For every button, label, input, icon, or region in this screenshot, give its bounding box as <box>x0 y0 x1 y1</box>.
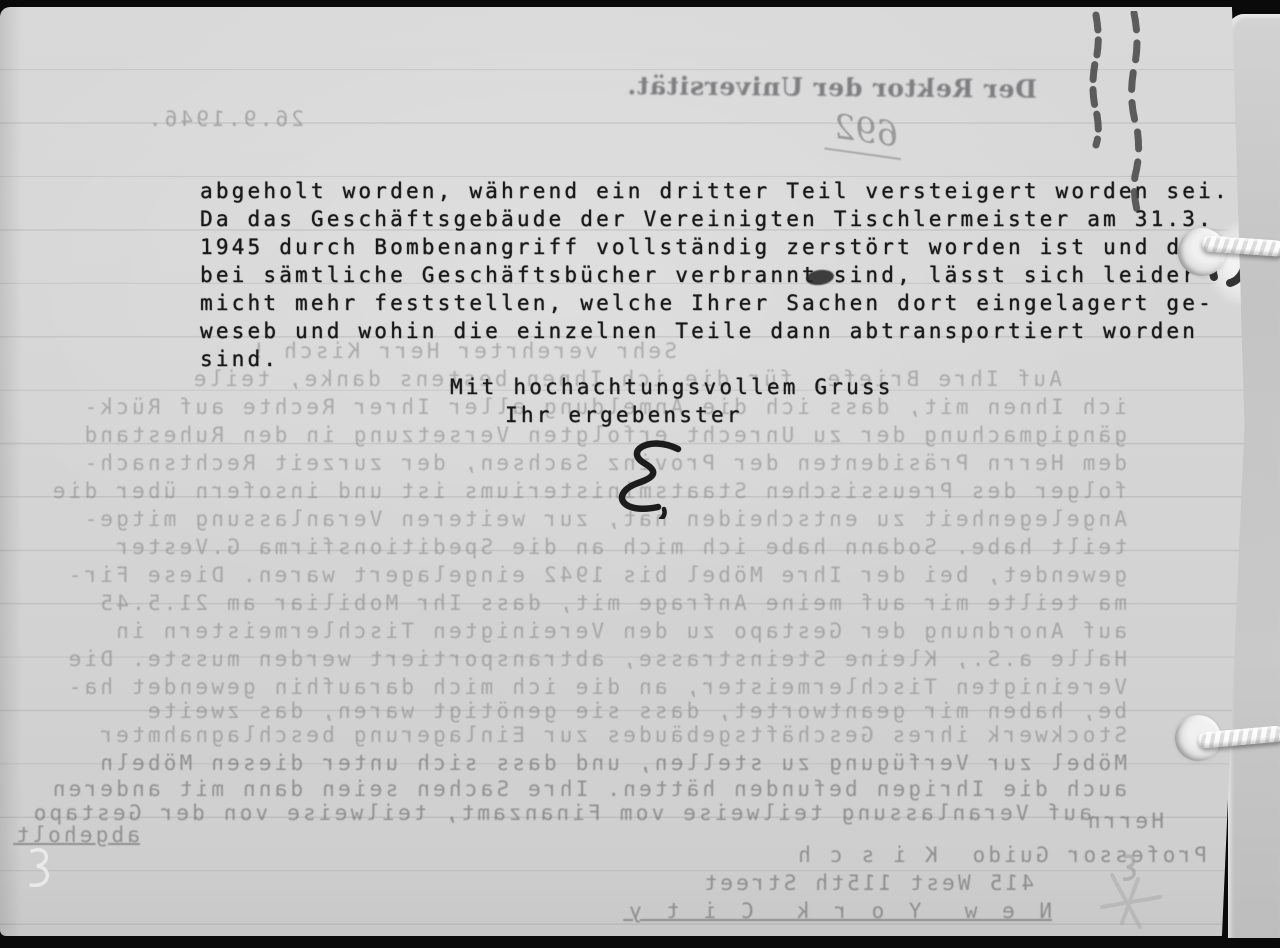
date-bleedthrough: 26.9.1946. <box>146 107 304 131</box>
typed-text-line: bei sämtliche Geschäftsbücher verbrannt … <box>200 261 1198 289</box>
ghost-address-line: Herrn <box>1085 807 1164 835</box>
typed-text-line: weseb und wohin die einzelnen Teile dann… <box>200 317 1198 345</box>
typed-text-line: sind. <box>200 345 279 373</box>
pencil-figures <box>1090 849 1190 939</box>
pencil-squiggle-light <box>20 845 64 895</box>
closing-line: Mit hochachtungsvollem Gruss <box>450 373 894 401</box>
scanned-letter-page: Der Rektor der Universität. 692 26.9.194… <box>0 0 1280 948</box>
ghost-text-line: Halle a.S., Kleine Steinstrasse, abtrans… <box>66 645 1128 673</box>
ghost-text-line: auf Veranlassung teilweise vom Finanzamt… <box>31 799 1093 827</box>
typed-text-line: abgeholt worden, während ein dritter Tei… <box>200 177 1230 205</box>
ghost-text-line: folger des Preussischen Staatsministeriu… <box>50 477 1127 505</box>
ghost-text-line: auf Anordnung der Gestapo zu den Vereini… <box>113 617 1127 645</box>
closing-line: Ihr ergebenster <box>505 401 743 429</box>
typed-text-line: Da das Geschäftsgebäude der Vereinigten … <box>200 205 1214 233</box>
ghost-text-line: ma teilte mir auf meine Anfrage mit, das… <box>97 589 1127 617</box>
ghost-text-line: teilt habe. Sodann habe ich mich an die … <box>113 533 1127 561</box>
pencil-tally-marks <box>1082 11 1172 231</box>
ghost-text-line: gewendet, bei der Ihre Möbel bis 1942 ei… <box>66 561 1128 589</box>
document-scan-view: { "document_type": "scanned typewritten … <box>0 0 1280 948</box>
ghost-text-line: Stockwerk ihres Geschäftsgebäudes zur Ei… <box>97 721 1127 749</box>
ghost-address-line: N e w Y o r k C i t y <box>623 897 1052 925</box>
typed-text-line: micht mehr feststellen, welche Ihrer Sac… <box>200 289 1214 317</box>
rector-stamp-bleedthrough: Der Rektor der Universität. <box>626 71 1037 104</box>
ghost-text-line: Möbel zur Verfügung zu stellen, und dass… <box>97 749 1127 777</box>
handwritten-number-bleedthrough: 692 <box>824 106 906 160</box>
ghost-address-line: 415 West 115th Street <box>701 869 1034 897</box>
typed-text-line: 1945 durch Bombenangriff vollständig zer… <box>200 233 1182 261</box>
letter-paper: Der Rektor der Universität. 692 26.9.194… <box>0 7 1252 936</box>
handwritten-signature-mark <box>600 439 710 519</box>
